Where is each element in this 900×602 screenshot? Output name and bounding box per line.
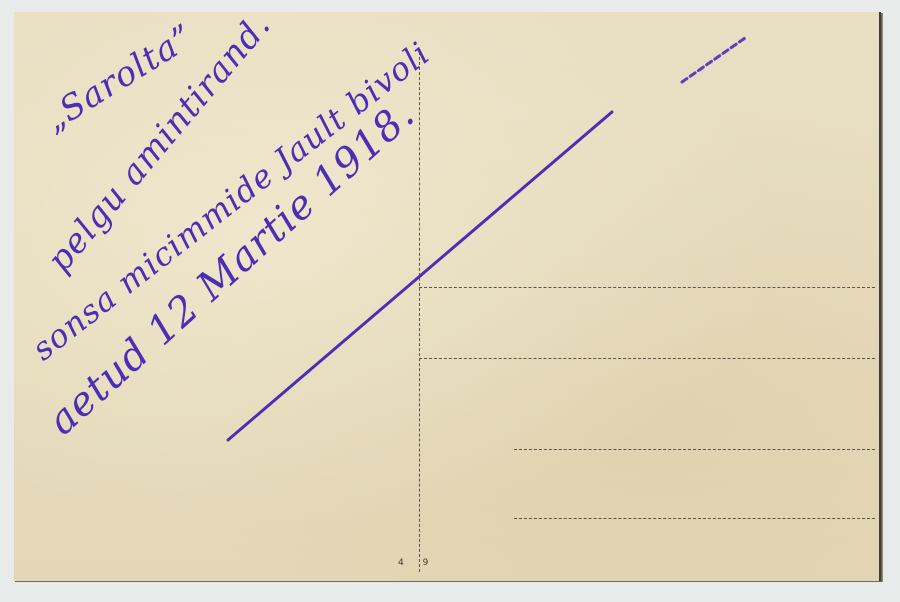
stamp-area-pen-mark	[682, 38, 745, 82]
